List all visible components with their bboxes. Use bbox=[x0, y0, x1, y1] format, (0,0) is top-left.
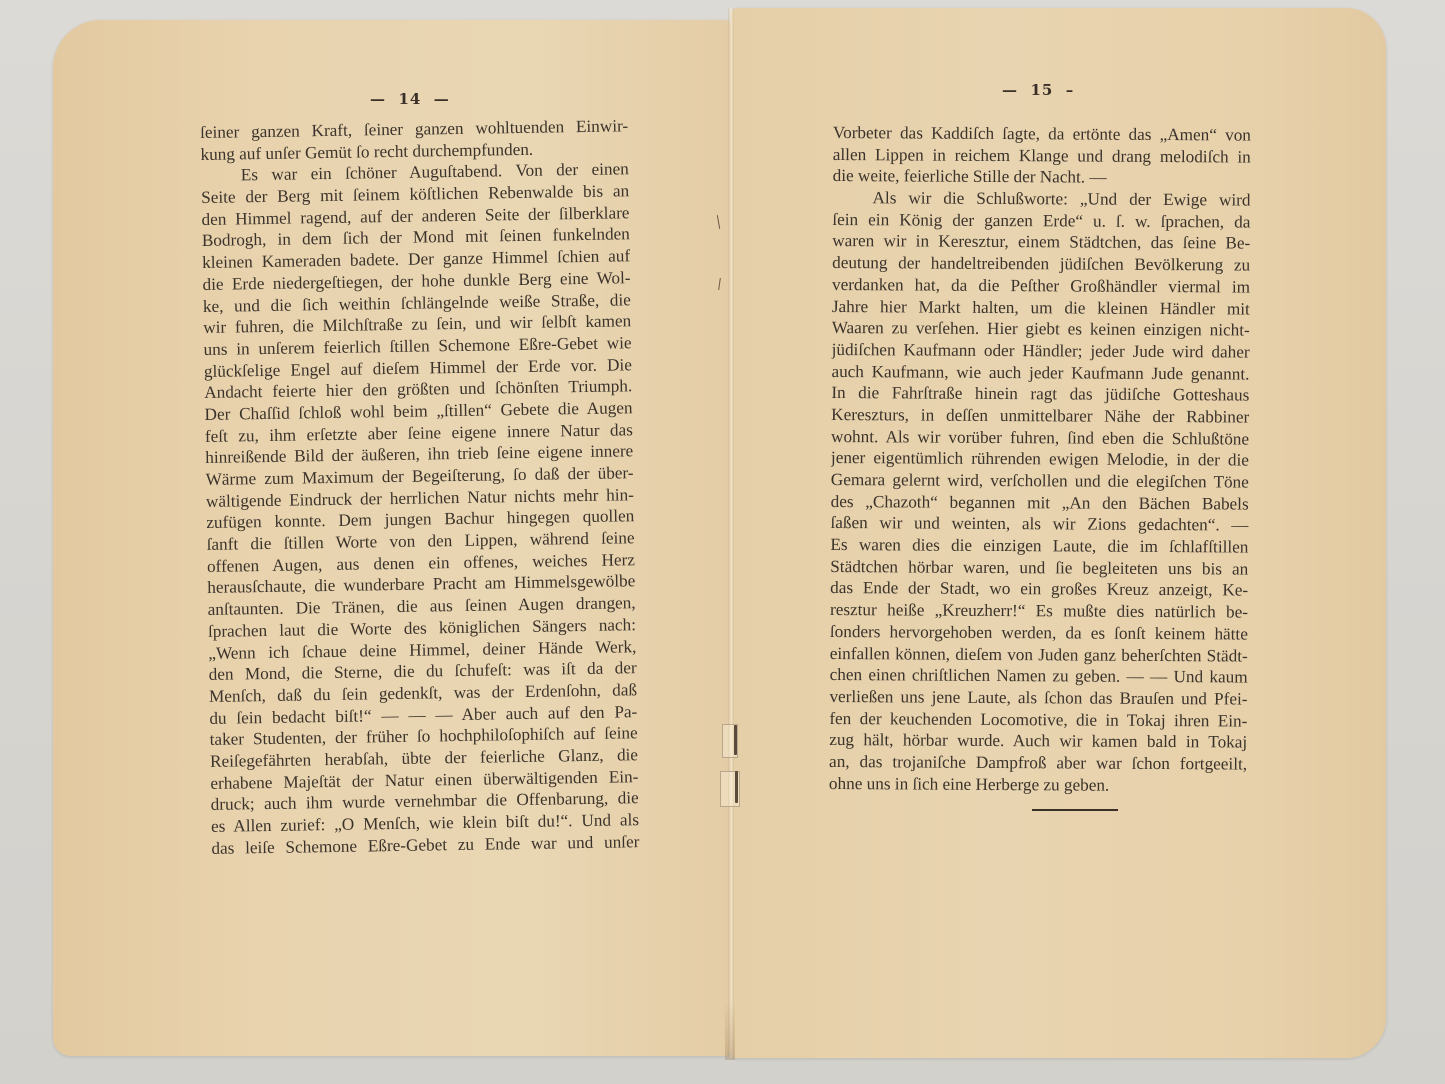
text-line: allen Lippen in reichem Klange und drang… bbox=[833, 144, 1251, 168]
right-page-body: Vorbeter das Kaddiſch ſagte, da ertönte … bbox=[829, 122, 1251, 797]
text-line: deutung der handeltreibenden jüdiſchen B… bbox=[832, 252, 1250, 276]
text-line: das Ende der Stadt, wo ein großes Kreuz … bbox=[830, 577, 1248, 601]
left-page-body: ſeiner ganzen Kraft, ſeiner ganzen wohlt… bbox=[200, 115, 640, 859]
staple-icon bbox=[734, 725, 737, 755]
text-line: Jahre hier Markt halten, um die kleinen … bbox=[832, 295, 1250, 319]
text-line: resztur heiße „Kreuzherr!“ Es mußte dies… bbox=[830, 599, 1248, 623]
spine-bottom-gap bbox=[725, 1000, 735, 1060]
text-line: Kereszturs, in deſſen unmittelbarer Nähe… bbox=[831, 404, 1249, 428]
text-line: einfallen können, dieſem von Juden ganz … bbox=[830, 642, 1248, 666]
page-number-15: — 15 – bbox=[1002, 81, 1074, 99]
text-line: die weite, feierliche Stille der Nacht. … bbox=[833, 165, 1251, 189]
text-line: ſaßen wir und weinten, als wir Zions ged… bbox=[830, 512, 1248, 536]
staple-icon bbox=[735, 771, 738, 803]
text-line: Vorbeter das Kaddiſch ſagte, da ertönte … bbox=[833, 122, 1251, 146]
text-line: verließen uns jene Laute, als ſchon das … bbox=[829, 686, 1247, 710]
text-line: auch Kaufmann, wie auch jeder Kaufmann J… bbox=[831, 361, 1249, 385]
text-line: In die Fahrſtraße hinein ragt das jüdiſc… bbox=[831, 382, 1249, 406]
text-line: waren wir in Keresztur, einem Städtchen,… bbox=[832, 230, 1250, 254]
text-line: fen der keuchenden Locomotive, die in To… bbox=[829, 708, 1247, 732]
text-line: wohnt. Als wir vorüber fuhren, ſind eben… bbox=[831, 426, 1249, 450]
text-line: ohne uns in ſich eine Herberge zu geben. bbox=[829, 773, 1247, 797]
text-line: des „Chazoth“ begannen mit „An den Bäche… bbox=[831, 491, 1249, 515]
text-line: Waaren zu verſehen. Hier giebt es keinen… bbox=[832, 317, 1250, 341]
text-line: zug hält, hörbar wurde. Auch wir kamen b… bbox=[829, 729, 1247, 753]
page-number-14: — 14 — bbox=[370, 90, 450, 108]
text-line: Gemara gelernt wird, verſchollen und die… bbox=[831, 469, 1249, 493]
text-line: chen einen chriſtlichen Namen zu geben. … bbox=[830, 664, 1248, 688]
text-line: Als wir die Schlußworte: „Und der Ewige … bbox=[832, 187, 1250, 211]
text-line: verdanken hat, da die Peſther Großhändle… bbox=[832, 274, 1250, 298]
text-line: ſonders hervorgehoben werden, da es ſonſ… bbox=[830, 621, 1248, 645]
text-line: Städtchen hörbar waren, und ſie begleite… bbox=[830, 556, 1248, 580]
text-line: ſein ein König der ganzen Erde“ u. ſ. w.… bbox=[832, 209, 1250, 233]
text-line: Es waren dies die einzigen Laute, die im… bbox=[830, 534, 1248, 558]
chapter-end-rule bbox=[1032, 809, 1118, 811]
text-line: jüdiſchen Kaufmann oder Händler; jeder J… bbox=[832, 339, 1250, 363]
text-line: an, das trojaniſche Dampfroß aber war ſc… bbox=[829, 751, 1247, 775]
text-line: jener eigentümlich rührenden ewigen Melo… bbox=[831, 447, 1249, 471]
book-spine bbox=[728, 8, 734, 1058]
